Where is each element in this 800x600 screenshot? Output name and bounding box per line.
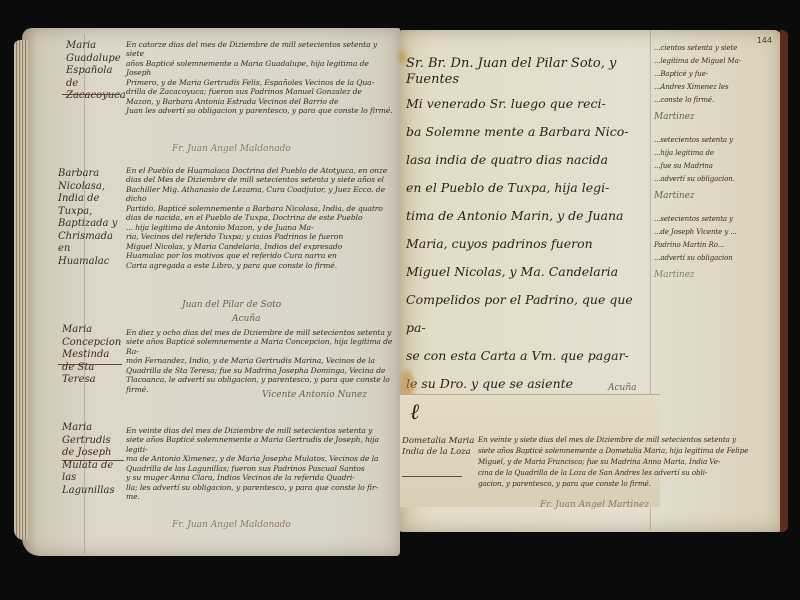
- baptism-entry: En veinte dias del mes de Diziembre de m…: [126, 426, 396, 502]
- open-register-book: Maria Guadalupe Española de Zacacoyuca E…: [0, 0, 800, 600]
- letter-salutation: Sr. Br. Dn. Juan del Pilar Soto, y Fuent…: [406, 56, 646, 89]
- baptism-entry: En catorze dias del mes de Diziembre de …: [126, 40, 396, 116]
- rubric: Acuña: [232, 314, 261, 325]
- page-edges: [14, 40, 28, 540]
- stain: [398, 50, 406, 64]
- signature: Fr. Juan Angel Maldonado: [172, 520, 291, 531]
- margin-name: Maria Concepcion Mestinda de Sta Teresa: [62, 324, 122, 387]
- rubric: Acuña: [608, 383, 637, 394]
- left-page: Maria Guadalupe Española de Zacacoyuca E…: [22, 28, 400, 556]
- right-column-entries: ...cientos setenta y siete ...legitima d…: [654, 42, 772, 292]
- baptism-entry: En diez y ocho dias del mes de Diziembre…: [126, 328, 396, 394]
- underline: [62, 460, 124, 461]
- margin-name: Barbara Nicolasa, India de Tuxpa, Baptiz…: [58, 168, 118, 268]
- signature: Fr. Juan Angel Martinez: [540, 500, 649, 511]
- signature: Juan del Pilar de Soto: [182, 300, 281, 311]
- underline: [62, 94, 120, 95]
- signature: Vicente Antonio Nunez: [262, 390, 367, 401]
- book-cover-edge: [780, 30, 788, 532]
- margin-name: Dometalia Maria India de la Loza: [402, 436, 478, 457]
- underline: [402, 476, 462, 477]
- baptism-entry: En el Pueblo de Huamalaca Doctrina del P…: [126, 166, 396, 270]
- signature: Fr. Juan Angel Maldonado: [172, 144, 291, 155]
- baptism-entry: En veinte y siete dias del mes de Diziem…: [478, 434, 768, 489]
- underline: [58, 364, 122, 365]
